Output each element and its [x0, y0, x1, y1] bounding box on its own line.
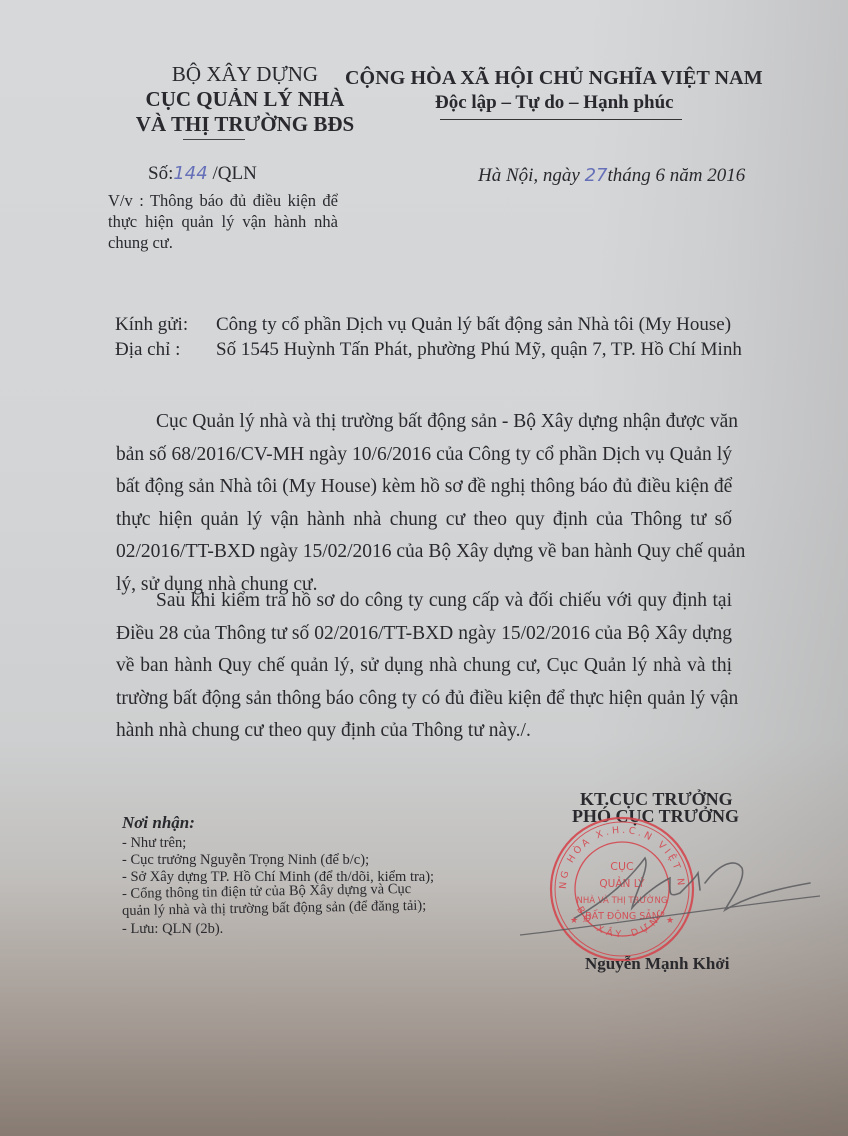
recipient-label: Kính gửi: [115, 314, 188, 336]
recipients-list-item: - Cục trưởng Nguyễn Trọng Ninh (để b/c); [122, 852, 369, 869]
paragraph-line: Điều 28 của Thông tư số 02/2016/TT-BXD n… [116, 618, 732, 651]
document-date: Hà Nội, ngày 27tháng 6 năm 2016 [478, 165, 745, 187]
recipients-list-item: - Lưu: QLN (2b). [122, 921, 223, 938]
paragraph-line: trường bất động sản thông báo công ty có… [116, 683, 732, 716]
ministry-name: BỘ XÂY DỰNG [110, 62, 380, 87]
document-number-prefix: Số: [148, 163, 173, 184]
department-name-line2: VÀ THỊ TRƯỜNG BĐS [110, 112, 380, 137]
paragraph-line: Sau khi kiểm tra hồ sơ do công ty cung c… [116, 585, 732, 618]
paragraph-line: thực hiện quản lý vận hành nhà chung cư … [116, 504, 732, 537]
document-number-handwritten: 144 [173, 163, 207, 184]
recipients-list-item: - Như trên; [122, 835, 186, 852]
paragraph-line: hành nhà chung cư theo quy định của Thôn… [116, 715, 732, 748]
date-prefix: Hà Nội, ngày [478, 165, 585, 186]
body-paragraph-1: Cục Quản lý nhà và thị trường bất động s… [116, 406, 732, 601]
signer-name: Nguyễn Mạnh Khởi [585, 954, 730, 974]
date-day-handwritten: 27 [585, 165, 608, 186]
paragraph-line: bản số 68/2016/CV-MH ngày 10/6/2016 của … [116, 439, 732, 472]
document-number: Số:144 /QLN [148, 163, 257, 185]
paragraph-line: 02/2016/TT-BXD ngày 15/02/2016 của Bộ Xâ… [116, 536, 732, 569]
motto-underline [440, 119, 682, 120]
republic-title: CỘNG HÒA XÃ HỘI CHỦ NGHĨA VIỆT NAM [345, 67, 763, 90]
department-name-line1: CỤC QUẢN LÝ NHÀ [110, 87, 380, 112]
date-suffix: tháng 6 năm 2016 [608, 165, 746, 186]
recipient-value: Công ty cổ phần Dịch vụ Quản lý bất động… [216, 314, 731, 336]
left-header-underline [183, 139, 245, 140]
handwritten-signature [520, 838, 820, 948]
paragraph-line: Cục Quản lý nhà và thị trường bất động s… [116, 406, 732, 439]
national-motto: Độc lập – Tự do – Hạnh phúc [435, 92, 674, 114]
document-subject: V/v : Thông báo đủ điều kiện để thực hiệ… [108, 190, 338, 253]
address-label: Địa chỉ : [115, 339, 180, 361]
address-value: Số 1545 Huỳnh Tấn Phát, phường Phú Mỹ, q… [216, 339, 742, 361]
paragraph-line: về ban hành Quy chế quản lý, sử dụng nhà… [116, 650, 732, 683]
recipients-list-title: Nơi nhận: [122, 813, 195, 833]
paragraph-line: bất động sản Nhà tôi (My House) kèm hồ s… [116, 471, 732, 504]
document-number-suffix: /QLN [208, 163, 257, 184]
body-paragraph-2: Sau khi kiểm tra hồ sơ do công ty cung c… [116, 585, 732, 748]
